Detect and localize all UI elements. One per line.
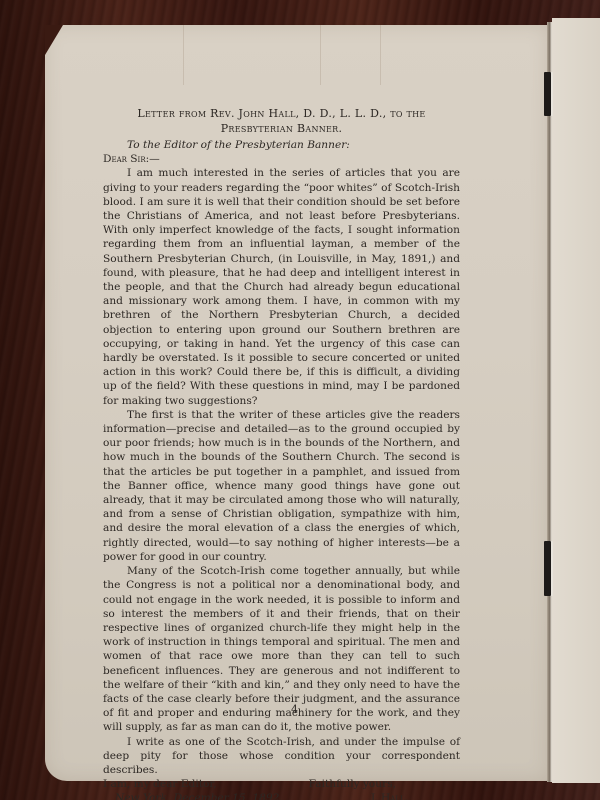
staple	[544, 72, 551, 116]
closing-left: I am, my dear Editor,	[103, 777, 217, 791]
date-signature-row: New York, December 15, 1892. J. Hall.	[103, 791, 460, 800]
staple	[544, 541, 551, 596]
paragraph: Many of the Scotch-Irish come together a…	[103, 564, 460, 734]
booklet-spine	[547, 22, 552, 782]
heading-line-1: Letter from Rev. John Hall, D. D., L. L.…	[99, 106, 464, 121]
paper-crease	[320, 25, 321, 85]
salutation-addressee: To the Editor of the Presbyterian Banner…	[103, 138, 460, 152]
paragraph: I write as one of the Scotch-Irish, and …	[103, 735, 460, 778]
closing-right: Faithfully yours,	[309, 777, 396, 791]
page-number: 4	[291, 703, 298, 716]
paragraph: I am much interested in the series of ar…	[103, 166, 460, 407]
place-date: New York, December 15, 1892.	[103, 791, 283, 800]
paragraph: The first is that the writer of these ar…	[103, 408, 460, 564]
salutation-greeting: Dear Sir:—	[103, 152, 460, 166]
heading-line-2: Presbyterian Banner.	[99, 121, 464, 136]
paper-crease	[380, 25, 381, 85]
letter-body: Letter from Rev. John Hall, D. D., L. L.…	[103, 106, 460, 800]
letter-heading: Letter from Rev. John Hall, D. D., L. L.…	[99, 106, 464, 136]
facing-page-edge	[552, 18, 600, 783]
signature: J. Hall.	[371, 791, 408, 800]
paper-crease	[183, 25, 184, 85]
closing-row: I am, my dear Editor, Faithfully yours,	[103, 777, 460, 791]
